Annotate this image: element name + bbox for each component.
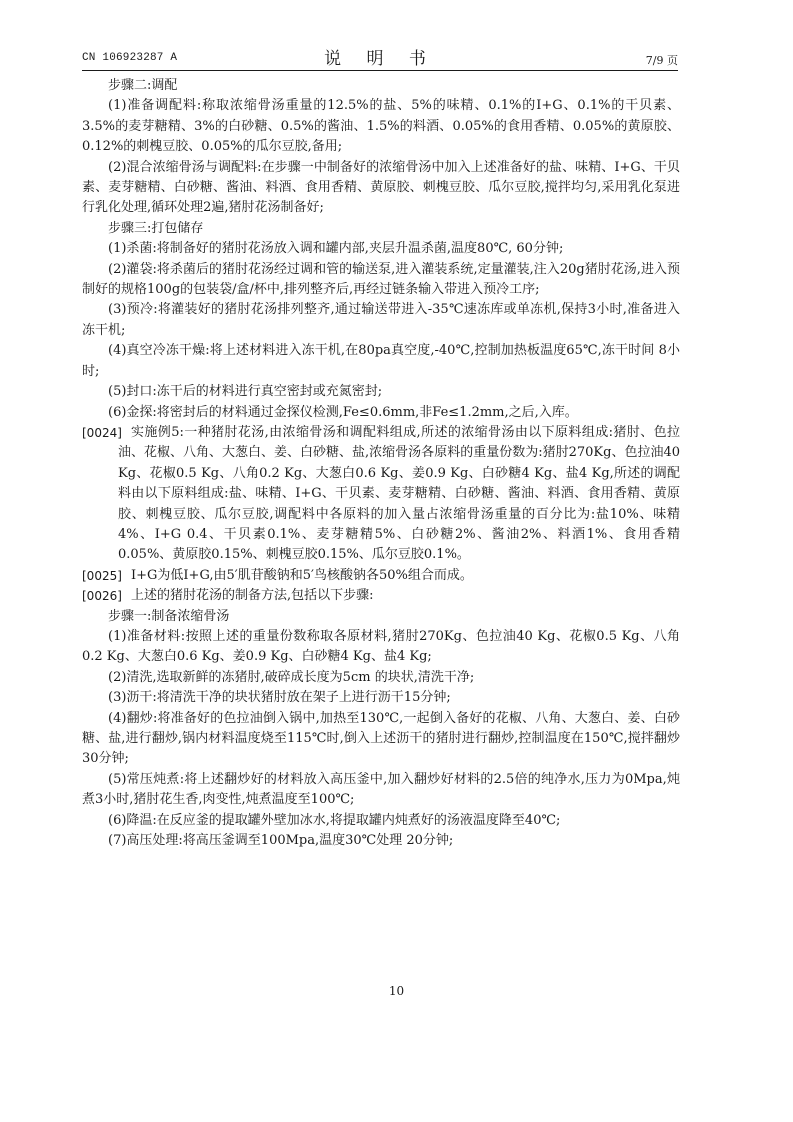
paragraph-number: [0026] bbox=[82, 586, 118, 606]
step-item: (6)降温:在反应釜的提取罐外壁加冰水,将提取罐内炖煮好的汤液温度降至40℃; bbox=[82, 811, 680, 831]
numbered-paragraph: [0025] I+G为低I+G,由5′肌苷酸钠和5′鸟核酸钠各50%组合而成。 bbox=[82, 566, 680, 586]
step-item: (6)金探:将密封后的材料通过金探仪检测,Fe≤0.6mm,非Fe≤1.2mm,… bbox=[82, 403, 680, 423]
page-number: 10 bbox=[0, 984, 793, 998]
step-heading: 步骤二:调配 bbox=[82, 76, 680, 96]
document-title: 说 明 书 bbox=[82, 44, 678, 69]
paragraph-number: [0025] bbox=[82, 566, 118, 586]
page-header: CN 106923287 A 说 明 书 7/9 页 bbox=[82, 42, 678, 68]
header-rule bbox=[82, 70, 678, 71]
step-item: (2)混合浓缩骨汤与调配料:在步骤一中制备好的浓缩骨汤中加入上述准备好的盐、味精… bbox=[82, 158, 680, 219]
paragraph-text: 实施例5:一种猪肘花汤,由浓缩骨汤和调配料组成,所述的浓缩骨汤由以下原料组成:猪… bbox=[118, 423, 680, 566]
step-item: (1)准备调配料:称取浓缩骨汤重量的12.5%的盐、5%的味精、0.1%的I+G… bbox=[82, 96, 680, 157]
step-item: (4)翻炒:将准备好的色拉油倒入锅中,加热至130℃,一起倒入备好的花椒、八角、… bbox=[82, 709, 680, 770]
step-item: (2)灌袋:将杀菌后的猪肘花汤经过调和管的输送泵,进入灌装系统,定量灌装,注入2… bbox=[82, 260, 680, 301]
step-item: (3)预冷:将灌装好的猪肘花汤排列整齐,通过输送带进入-35℃速冻库或单冻机,保… bbox=[82, 300, 680, 341]
step-item: (7)高压处理:将高压釜调至100Mpa,温度30℃处理 20分钟; bbox=[82, 831, 680, 851]
step-item: (3)沥干:将清洗干净的块状猪肘放在架子上进行沥干15分钟; bbox=[82, 688, 680, 708]
numbered-paragraph: [0024] 实施例5:一种猪肘花汤,由浓缩骨汤和调配料组成,所述的浓缩骨汤由以… bbox=[82, 423, 680, 566]
step-item: (1)杀菌:将制备好的猪肘花汤放入调和罐内部,夹层升温杀菌,温度80℃, 60分… bbox=[82, 239, 680, 259]
step-item: (5)常压炖煮:将上述翻炒好的材料放入高压釜中,加入翻炒好材料的2.5倍的纯净水… bbox=[82, 770, 680, 811]
numbered-paragraph: [0026] 上述的猪肘花汤的制备方法,包括以下步骤: bbox=[82, 586, 680, 606]
paragraph-number: [0024] bbox=[82, 423, 118, 566]
page-indicator: 7/9 页 bbox=[646, 52, 678, 68]
step-item: (1)准备材料:按照上述的重量份数称取各原材料,猪肘270Kg、色拉油40 Kg… bbox=[82, 627, 680, 668]
step-heading: 步骤三:打包储存 bbox=[82, 219, 680, 239]
document-body: 步骤二:调配 (1)准备调配料:称取浓缩骨汤重量的12.5%的盐、5%的味精、0… bbox=[82, 76, 680, 851]
step-item: (5)封口:冻干后的材料进行真空密封或充氮密封; bbox=[82, 382, 680, 402]
paragraph-text: I+G为低I+G,由5′肌苷酸钠和5′鸟核酸钠各50%组合而成。 bbox=[118, 566, 680, 586]
step-heading: 步骤一:制备浓缩骨汤 bbox=[82, 607, 680, 627]
paragraph-text: 上述的猪肘花汤的制备方法,包括以下步骤: bbox=[118, 586, 680, 606]
step-item: (2)清洗,选取新鲜的冻猪肘,破碎成长度为5cm 的块状,清洗干净; bbox=[82, 668, 680, 688]
step-item: (4)真空冷冻干燥:将上述材料进入冻干机,在80pa真空度,-40℃,控制加热板… bbox=[82, 341, 680, 382]
